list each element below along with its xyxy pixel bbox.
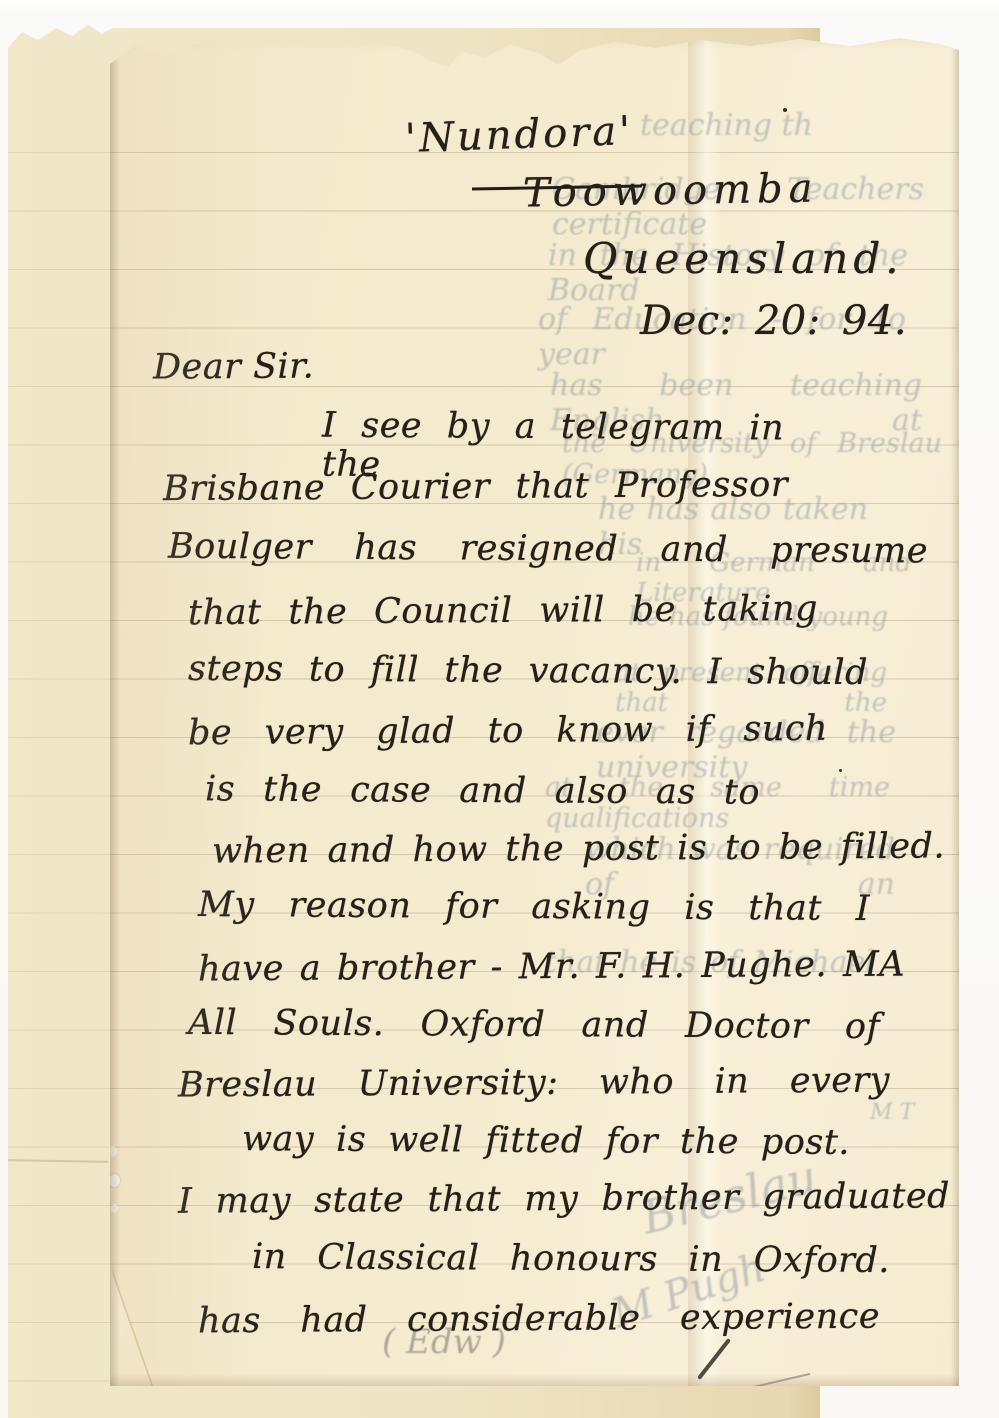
pencil-mark: M T <box>870 1100 914 1125</box>
ink-speck <box>839 769 842 772</box>
body-line: Brisbane Courier that Professor <box>163 466 788 509</box>
body-line: Boulger has resigned and presume <box>168 528 928 571</box>
ink-speck <box>783 108 787 112</box>
body-line: is the case and also as to <box>205 770 760 812</box>
address-house-name: 'Nundora' <box>404 108 634 162</box>
address-town: Toowoomba <box>523 165 819 216</box>
scanned-letter: teaching th Cambridge Teachers certifica… <box>0 0 999 1418</box>
body-line: has had considerable experience <box>198 1298 880 1341</box>
body-line: in Classical honours in Oxford. <box>252 1238 890 1280</box>
salutation: Dear Sir. <box>153 347 314 387</box>
body-line: All Souls. Oxford and Doctor of <box>188 1004 880 1047</box>
bleed-through-text: teaching th <box>640 108 880 143</box>
body-line: have a brother - Mr. F. H. Pughe. MA <box>198 946 905 989</box>
body-line: steps to fill the vacancy. I should <box>188 650 868 693</box>
edge-tear <box>109 1174 120 1187</box>
letter-date: Dec: 20: 94. <box>640 298 907 344</box>
body-line: way is well fitted for the post. <box>242 1120 850 1162</box>
body-line: Breslau University: who in every <box>178 1062 890 1105</box>
letter-page: teaching th Cambridge Teachers certifica… <box>110 34 959 1386</box>
body-line: My reason for asking is that I <box>198 886 870 929</box>
body-line: I may state that my brother graduated <box>178 1177 950 1221</box>
address-colony: Queensland. <box>583 234 904 283</box>
body-line: be very glad to know if such <box>188 710 828 753</box>
body-line: when and how the post is to be filled. <box>212 827 945 871</box>
edge-tear <box>111 1204 118 1213</box>
body-line: that the Council will be taking <box>188 590 818 633</box>
